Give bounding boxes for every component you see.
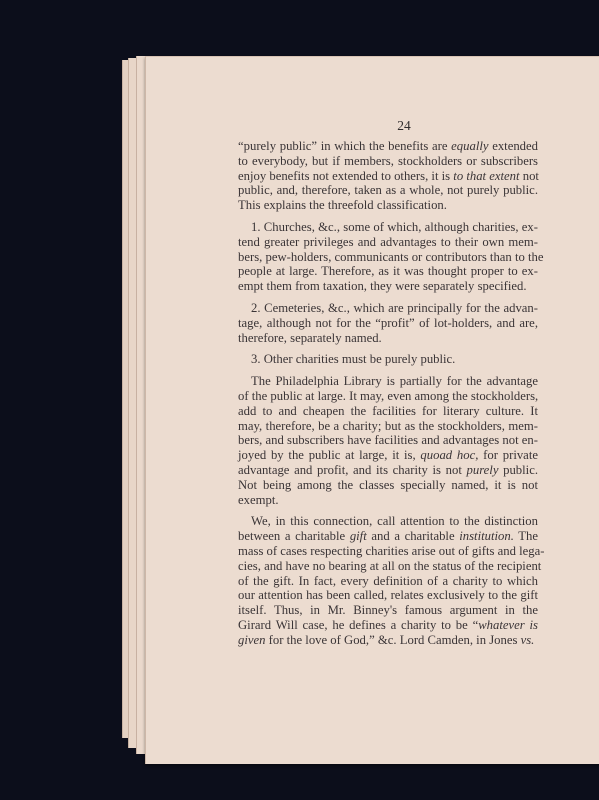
text-run: joyed by the public at large, it is,: [238, 448, 420, 462]
text-line: We, in this connection, call attention t…: [238, 514, 538, 529]
text-run: add to and cheapen the facilities for li…: [238, 404, 538, 418]
text-run: 1. Churches, &c., some of which, althoug…: [251, 220, 538, 234]
text-run: between a charitable: [238, 529, 350, 543]
text-run: itself. Thus, in Mr. Binney's famous arg…: [238, 603, 538, 617]
text-run: This explains the threefold classificati…: [238, 198, 447, 212]
italic-text: to that extent: [453, 169, 519, 183]
italic-text: quoad hoc,: [420, 448, 478, 462]
text-run: 2. Cemeteries, &c., which are principall…: [251, 301, 538, 315]
text-line: mass of cases respecting charities arise…: [238, 544, 538, 559]
text-line: empt them from taxation, they were separ…: [238, 279, 538, 294]
text-line: tage, although not for the “profit” of l…: [238, 316, 538, 331]
italic-text: institution.: [459, 529, 514, 543]
text-run: and a charitable: [367, 529, 460, 543]
italic-text: gift: [350, 529, 367, 543]
text-run: of the gift. In fact, every definition o…: [238, 574, 538, 588]
text-run: advantage and profit, and its charity is…: [238, 463, 467, 477]
text-line: exempt.: [238, 493, 538, 508]
text-run: The: [514, 529, 538, 543]
text-run: to everybody, but if members, stockholde…: [238, 154, 538, 168]
text-run: therefore, separately named.: [238, 331, 382, 345]
text-run: The Philadelphia Library is partially fo…: [251, 374, 538, 388]
text-run: our attention has been called, relates e…: [238, 588, 538, 602]
text-run: enjoy benefits not extended to others, i…: [238, 169, 453, 183]
text-line: to everybody, but if members, stockholde…: [238, 154, 538, 169]
text-run: cies, and have no bearing at all on the …: [238, 559, 541, 573]
text-run: bers, pew-holders, communicants or contr…: [238, 250, 544, 264]
text-run: 3. Other charities must be purely public…: [251, 352, 455, 366]
text-line: our attention has been called, relates e…: [238, 588, 538, 603]
book-page: 24 “purely public” in which the benefits…: [145, 56, 599, 764]
text-run: We, in this connection, call attention t…: [251, 514, 538, 528]
text-line: itself. Thus, in Mr. Binney's famous arg…: [238, 603, 538, 618]
text-run: tage, although not for the “profit” of l…: [238, 316, 538, 330]
text-line: bers, and subscribers have facilities an…: [238, 433, 538, 448]
text-line: 2. Cemeteries, &c., which are principall…: [238, 301, 538, 316]
text-line: bers, pew-holders, communicants or contr…: [238, 250, 538, 265]
text-run: people at large. Therefore, as it was th…: [238, 264, 538, 278]
text-line: tend greater privileges and advantages t…: [238, 235, 538, 250]
paragraph-distinction: We, in this connection, call attention t…: [238, 514, 538, 647]
text-line: advantage and profit, and its charity is…: [238, 463, 538, 478]
scan-background: 24 “purely public” in which the benefits…: [0, 0, 599, 800]
text-line: may, therefore, be a charity; but as the…: [238, 419, 538, 434]
text-run: bers, and subscribers have facilities an…: [238, 433, 538, 447]
text-line: of the public at large. It may, even amo…: [238, 389, 538, 404]
paragraph-intro: “purely public” in which the benefits ar…: [238, 139, 538, 213]
text-run: empt them from taxation, they were separ…: [238, 279, 527, 293]
text-line: enjoy benefits not extended to others, i…: [238, 169, 538, 184]
text-run: Girard Will case, he defines a charity t…: [238, 618, 478, 632]
text-line: joyed by the public at large, it is, quo…: [238, 448, 538, 463]
paragraph-item-3: 3. Other charities must be purely public…: [238, 352, 538, 367]
italic-text: equally: [451, 139, 488, 153]
text-run: mass of cases respecting charities arise…: [238, 544, 545, 558]
text-line: therefore, separately named.: [238, 331, 538, 346]
text-line: public, and, therefore, taken as a whole…: [238, 183, 538, 198]
text-line: cies, and have no bearing at all on the …: [238, 559, 538, 574]
text-run: Not being among the classes specially na…: [238, 478, 538, 492]
text-line: between a charitable gift and a charitab…: [238, 529, 538, 544]
italic-text: vs.: [521, 633, 535, 647]
text-line: add to and cheapen the facilities for li…: [238, 404, 538, 419]
body-text: “purely public” in which the benefits ar…: [238, 139, 538, 655]
paragraph-item-2: 2. Cemeteries, &c., which are principall…: [238, 301, 538, 345]
text-line: Girard Will case, he defines a charity t…: [238, 618, 538, 633]
text-run: tend greater privileges and advantages t…: [238, 235, 538, 249]
text-line: 3. Other charities must be purely public…: [238, 352, 538, 367]
text-run: for private: [478, 448, 538, 462]
text-run: exempt.: [238, 493, 279, 507]
text-line: of the gift. In fact, every definition o…: [238, 574, 538, 589]
text-run: “purely public” in which the benefits ar…: [238, 139, 451, 153]
paragraph-item-1: 1. Churches, &c., some of which, althoug…: [238, 220, 538, 294]
text-run: not: [520, 169, 539, 183]
text-run: extended: [489, 139, 538, 153]
text-line: “purely public” in which the benefits ar…: [238, 139, 538, 154]
text-line: 1. Churches, &c., some of which, althoug…: [238, 220, 538, 235]
text-run: of the public at large. It may, even amo…: [238, 389, 538, 403]
paragraph-philadelphia-library: The Philadelphia Library is partially fo…: [238, 374, 538, 507]
italic-text: given: [238, 633, 265, 647]
text-run: for the love of God,” &c. Lord Camden, i…: [265, 633, 520, 647]
text-line: people at large. Therefore, as it was th…: [238, 264, 538, 279]
italic-text: purely: [467, 463, 499, 477]
text-run: public, and, therefore, taken as a whole…: [238, 183, 538, 197]
page-number: 24: [379, 118, 429, 134]
text-line: This explains the threefold classificati…: [238, 198, 538, 213]
italic-text: whatever is: [478, 618, 538, 632]
text-line: The Philadelphia Library is partially fo…: [238, 374, 538, 389]
text-line: given for the love of God,” &c. Lord Cam…: [238, 633, 538, 648]
text-run: may, therefore, be a charity; but as the…: [238, 419, 538, 433]
text-line: Not being among the classes specially na…: [238, 478, 538, 493]
text-run: public.: [498, 463, 538, 477]
